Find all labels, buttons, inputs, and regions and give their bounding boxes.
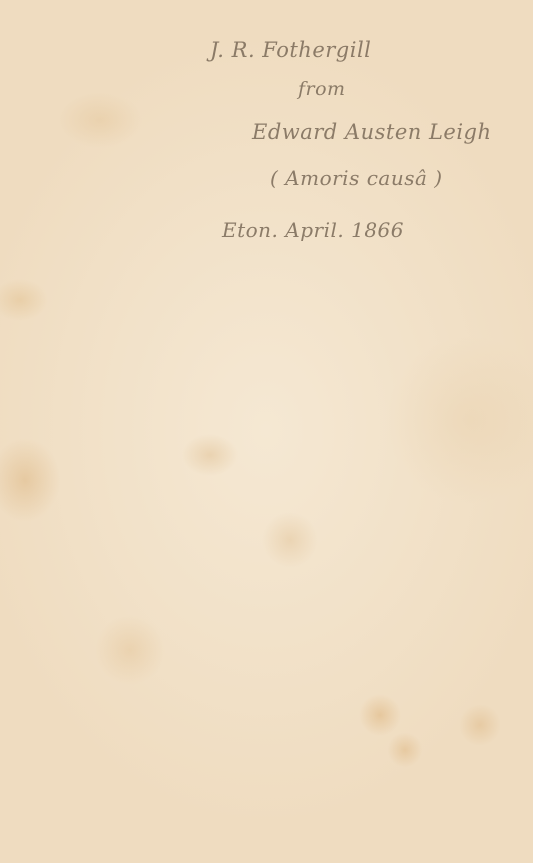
inscription-recipient: J. R. Fothergill [210, 38, 371, 62]
inscription-from: from [298, 78, 346, 100]
inscription-place-date: Eton. April. 1866 [222, 218, 404, 242]
inscription-giver-signature: Edward Austen Leigh [252, 120, 492, 144]
inscription-note: ( Amoris causâ ) [270, 166, 443, 190]
book-flyleaf-page: J. R. Fothergill from Edward Austen Leig… [0, 0, 533, 863]
